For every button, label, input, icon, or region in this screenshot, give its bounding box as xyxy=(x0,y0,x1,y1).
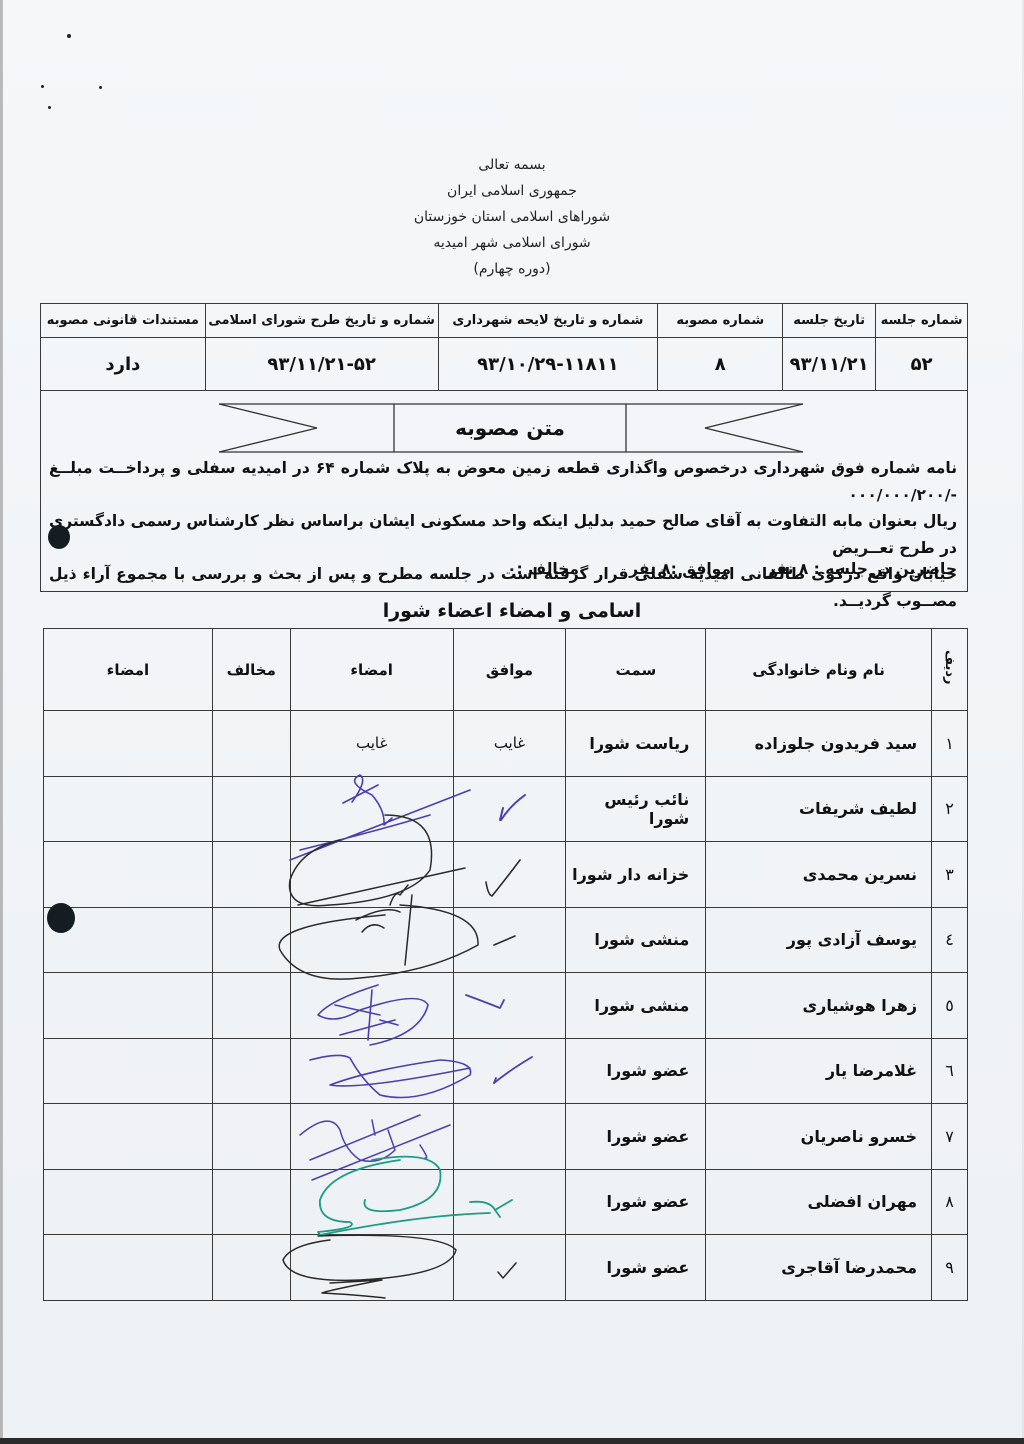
row-number: ۹ xyxy=(932,1235,968,1301)
col-signature-against: امضاء xyxy=(44,629,213,711)
member-against xyxy=(212,711,290,777)
table-row: ٤ یوسف آزادی پور منشی شورا xyxy=(44,907,968,973)
member-signature-favor xyxy=(290,907,453,973)
member-in-favor xyxy=(453,973,566,1039)
resolution-body: نامه شماره فوق شهرداری درخصوص واگذاری قط… xyxy=(49,455,957,614)
row-number: ۳ xyxy=(932,842,968,908)
row-number: ٤ xyxy=(932,907,968,973)
member-role: منشی شورا xyxy=(566,973,706,1039)
col-role: سمت xyxy=(566,629,706,711)
member-against xyxy=(212,1038,290,1104)
member-name: زهرا هوشیاری xyxy=(706,973,932,1039)
member-name: نسرین محمدی xyxy=(706,842,932,908)
member-against xyxy=(212,842,290,908)
col-in-favor: موافق xyxy=(453,629,566,711)
legal-documents-value: دارد xyxy=(41,338,206,391)
member-role: خزانه دار شورا xyxy=(566,842,706,908)
members-table: ردیف نام ونام خانوادگی سمت موافق امضاء م… xyxy=(43,628,968,1301)
col-legal-documents: مستندات قانونی مصوبه xyxy=(41,304,206,338)
member-in-favor xyxy=(453,1038,566,1104)
row-number: ۷ xyxy=(932,1104,968,1170)
table-row: ۳ نسرین محمدی خزانه دار شورا xyxy=(44,842,968,908)
table-row: ۸ مهران افضلی عضو شورا xyxy=(44,1169,968,1235)
col-session-date: تاریخ جلسه xyxy=(783,304,876,338)
speck xyxy=(48,106,51,109)
member-signature-against xyxy=(44,1235,213,1301)
row-number: ۲ xyxy=(932,776,968,842)
col-full-name: نام ونام خانوادگی xyxy=(706,629,932,711)
col-signature-favor: امضاء xyxy=(290,629,453,711)
col-resolution-number: شماره مصوبه xyxy=(658,304,783,338)
member-signature-favor xyxy=(290,776,453,842)
member-in-favor xyxy=(453,907,566,973)
letterhead: بسمه تعالی جمهوری اسلامی ایران شوراهای ا… xyxy=(0,152,1024,282)
row-number: ۸ xyxy=(932,1169,968,1235)
member-signature-favor xyxy=(290,973,453,1039)
member-role: عضو شورا xyxy=(566,1104,706,1170)
letterhead-line: بسمه تعالی xyxy=(0,152,1024,178)
member-signature-favor xyxy=(290,1235,453,1301)
resolution-title: متن مصوبه xyxy=(394,403,626,453)
member-signature-favor: غایب xyxy=(290,711,453,777)
member-name: غلامرضا یار xyxy=(706,1038,932,1104)
resolution-line: نامه شماره فوق شهرداری درخصوص واگذاری قط… xyxy=(49,455,957,508)
punch-hole-icon xyxy=(47,903,75,933)
member-against xyxy=(212,973,290,1039)
speck xyxy=(67,34,71,38)
members-section-title: اسامی و امضاء اعضاء شورا xyxy=(0,600,1024,622)
col-municipality-bill: شماره و تاریخ لایحه شهرداری xyxy=(438,304,658,338)
member-against xyxy=(212,1104,290,1170)
resolution-line: ریال بعنوان مابه التفاوت به آقای صالح حم… xyxy=(49,508,957,561)
session-info-table: شماره جلسه تاریخ جلسه شماره مصوبه شماره … xyxy=(40,303,968,391)
resolution-box: متن مصوبه نامه شماره فوق شهرداری درخصوص … xyxy=(40,389,968,592)
scan-edge-bottom xyxy=(0,1438,1024,1444)
member-name: مهران افضلی xyxy=(706,1169,932,1235)
punch-hole-icon xyxy=(48,525,70,549)
resolution-title-banner: متن مصوبه xyxy=(219,403,803,453)
member-signature-against xyxy=(44,776,213,842)
municipality-bill-value: ۹۳/۱۰/۲۹-۱۱۸۱۱ xyxy=(438,338,658,391)
row-number: ٦ xyxy=(932,1038,968,1104)
col-row-number: ردیف xyxy=(932,629,968,711)
row-number: ۱ xyxy=(932,711,968,777)
member-name: لطیف شریفات xyxy=(706,776,932,842)
member-against xyxy=(212,1235,290,1301)
letterhead-line: شوراهای اسلامی استان خوزستان xyxy=(0,204,1024,230)
session-number-value: ۵۲ xyxy=(876,338,968,391)
member-name: خسرو ناصریان xyxy=(706,1104,932,1170)
member-signature-against xyxy=(44,973,213,1039)
session-info-value-row: ۵۲ ۹۳/۱۱/۲۱ ۸ ۹۳/۱۰/۲۹-۱۱۸۱۱ ۹۳/۱۱/۲۱-۵۲… xyxy=(41,338,968,391)
speck xyxy=(41,85,44,88)
speck xyxy=(99,86,102,89)
vote-summary: حاضرین در جلسه : ۸ نفر موافق :۸ نفر مخال… xyxy=(49,560,957,586)
member-in-favor xyxy=(453,1235,566,1301)
session-info-header-row: شماره جلسه تاریخ جلسه شماره مصوبه شماره … xyxy=(41,304,968,338)
session-date-value: ۹۳/۱۱/۲۱ xyxy=(783,338,876,391)
member-name: یوسف آزادی پور xyxy=(706,907,932,973)
member-role: ریاست شورا xyxy=(566,711,706,777)
member-in-favor xyxy=(453,842,566,908)
col-against: مخالف xyxy=(212,629,290,711)
table-row: ۱ سید فریدون جلوزاده ریاست شورا غایب غای… xyxy=(44,711,968,777)
col-council-plan: شماره و تاریخ طرح شورای اسلامی xyxy=(205,304,438,338)
member-signature-against xyxy=(44,1104,213,1170)
member-signature-against xyxy=(44,1038,213,1104)
in-favor-count: موافق :۸ نفر xyxy=(629,560,731,578)
col-session-number: شماره جلسه xyxy=(876,304,968,338)
member-against xyxy=(212,1169,290,1235)
letterhead-line: (دوره چهارم) xyxy=(0,256,1024,282)
resolution-number-value: ۸ xyxy=(658,338,783,391)
member-against xyxy=(212,907,290,973)
member-in-favor xyxy=(453,1104,566,1170)
member-signature-favor xyxy=(290,1038,453,1104)
member-in-favor xyxy=(453,1169,566,1235)
against-count: مخالف :۰ xyxy=(507,560,579,578)
member-signature-against xyxy=(44,711,213,777)
member-signature-favor xyxy=(290,1169,453,1235)
letterhead-line: جمهوری اسلامی ایران xyxy=(0,178,1024,204)
table-row: ٥ زهرا هوشیاری منشی شورا xyxy=(44,973,968,1039)
member-signature-favor xyxy=(290,842,453,908)
row-number: ٥ xyxy=(932,973,968,1039)
letterhead-line: شورای اسلامی شهر امیدیه xyxy=(0,230,1024,256)
member-role: منشی شورا xyxy=(566,907,706,973)
member-signature-against xyxy=(44,1169,213,1235)
present-count: حاضرین در جلسه : ۸ نفر xyxy=(767,560,957,578)
member-role: عضو شورا xyxy=(566,1235,706,1301)
table-row: ٦ غلامرضا یار عضو شورا xyxy=(44,1038,968,1104)
table-row: ۷ خسرو ناصریان عضو شورا xyxy=(44,1104,968,1170)
member-role: عضو شورا xyxy=(566,1038,706,1104)
member-in-favor: غایب xyxy=(453,711,566,777)
member-name: سید فریدون جلوزاده xyxy=(706,711,932,777)
council-plan-value: ۹۳/۱۱/۲۱-۵۲ xyxy=(205,338,438,391)
member-role: نائب رئیس شورا xyxy=(566,776,706,842)
table-row: ۹ محمدرضا آقاجری عضو شورا xyxy=(44,1235,968,1301)
table-row: ۲ لطیف شریفات نائب رئیس شورا xyxy=(44,776,968,842)
member-signature-favor xyxy=(290,1104,453,1170)
member-in-favor xyxy=(453,776,566,842)
member-signature-against xyxy=(44,842,213,908)
members-header-row: ردیف نام ونام خانوادگی سمت موافق امضاء م… xyxy=(44,629,968,711)
member-against xyxy=(212,776,290,842)
member-name: محمدرضا آقاجری xyxy=(706,1235,932,1301)
member-role: عضو شورا xyxy=(566,1169,706,1235)
